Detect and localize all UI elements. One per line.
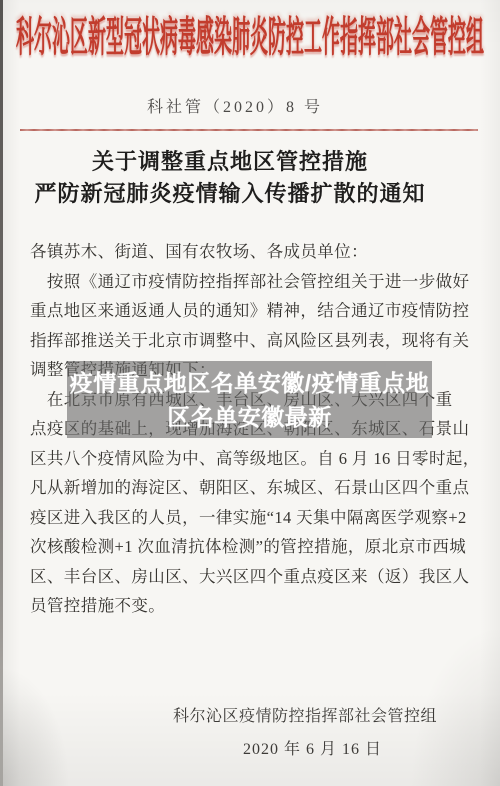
letterhead-divider-line: [20, 129, 478, 131]
document-title-line-1: 关于调整重点地区管控措施: [0, 146, 460, 178]
body-text-line: 按照《通辽市疫情防控指挥部社会管控组关于进一步做好: [30, 267, 470, 297]
body-text-line: 员管控措施不变。: [30, 591, 470, 621]
caption-text-line-2: 区名单安徽最新: [167, 400, 332, 434]
document-title-line-2: 严防新冠肺炎疫情输入传播扩散的通知: [0, 178, 460, 210]
body-text-line: 次核酸检测+1 次血清抗体检测”的管控措施，原北京市西城: [30, 532, 470, 562]
scanned-document-page: 科尔沁区新型冠状病毒感染肺炎防控工作指挥部社会管控组 科社管（2020）8 号 …: [0, 0, 500, 786]
body-text-line: 区共八个疫情风险为中、高等级地区。自 6 月 16 日零时起，: [30, 444, 470, 474]
body-text-line: 重点地区来通返通人员的通知》精神，结合通辽市疫情防控: [30, 296, 470, 326]
body-text-line: 指挥部推送关于北京市调整中、高风险区县列表，现将有关: [30, 326, 470, 356]
document-title: 关于调整重点地区管控措施 严防新冠肺炎疫情输入传播扩散的通知: [0, 146, 460, 210]
document-number: 科社管（2020）8 号: [0, 94, 470, 117]
body-text-line: 区、丰台区、房山区、大兴区四个重点疫区来（返）我区人: [30, 562, 470, 592]
signing-date: 2020 年 6 月 16 日: [243, 736, 382, 759]
caption-watermark-overlay: 疫情重点地区名单安徽/疫情重点地 区名单安徽最新: [67, 361, 432, 438]
scan-corner-shade-bottom-left: [0, 666, 70, 786]
caption-text-line-1: 疫情重点地区名单安徽/疫情重点地: [70, 366, 429, 400]
body-text-line: 凡从新增加的海淀区、朝阳区、东城区、石景山区四个重点: [30, 473, 470, 503]
body-text-line: 疫区进入我区的人员，一律实施“14 天集中隔离医学观察+2: [30, 503, 470, 533]
signing-organization: 科尔沁区疫情防控指挥部社会管控组: [173, 703, 437, 726]
body-text-line: 各镇苏木、街道、国有农牧场、各成员单位：: [30, 237, 470, 267]
